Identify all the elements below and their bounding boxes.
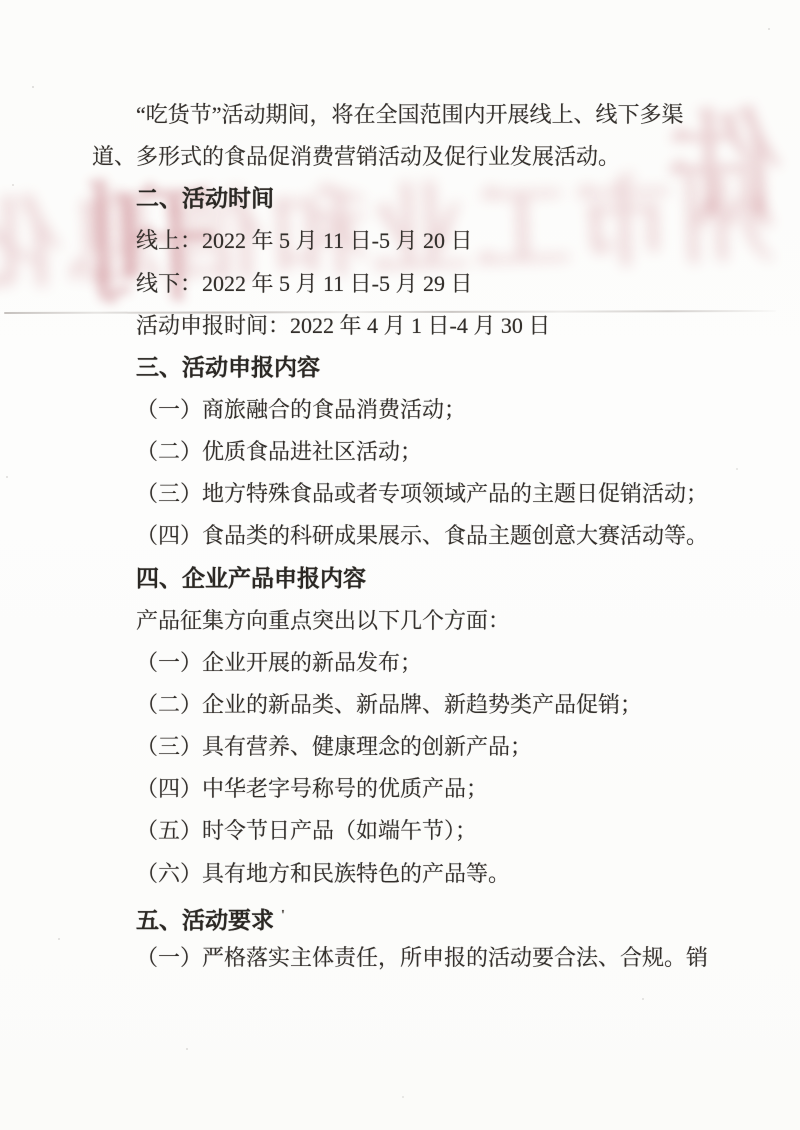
section3-item-4: （四）食品类的科研成果展示、食品主题创意大赛活动等。 — [92, 515, 772, 557]
section4-item-3: （三）具有营养、健康理念的创新产品； — [92, 726, 772, 768]
scanned-document-page: 州市工业和信息化 刊 件 “吃货节”活动期间，将在全国范围内开展线上、线下多渠 … — [0, 0, 800, 1130]
section3-item-2: （二）优质食品进社区活动； — [92, 431, 772, 473]
heading-section-3: 三、活动申报内容 — [92, 347, 772, 389]
section3-item-1: （一）商旅融合的食品消费活动； — [92, 389, 772, 431]
heading-section-5: 五、活动要求' — [92, 895, 772, 937]
section3-item-3: （三）地方特殊食品或者专项领域产品的主题日促销活动； — [92, 473, 772, 515]
intro-line-1: “吃货节”活动期间，将在全国范围内开展线上、线下多渠 — [92, 94, 772, 136]
intro-line-2: 道、多形式的食品促消费营销活动及促行业发展活动。 — [92, 136, 772, 178]
section4-item-1: （一）企业开展的新品发布； — [92, 642, 772, 684]
section4-item-5: （五）时令节日产品（如端午节）； — [92, 810, 772, 852]
section4-item-6: （六）具有地方和民族特色的产品等。 — [92, 853, 772, 895]
heading-section-5-text: 五、活动要求 — [136, 908, 274, 934]
section5-item-1-partial: （一）严格落实主体责任，所申报的活动要合法、合规。销 — [92, 937, 772, 979]
section4-item-4: （四）中华老字号称号的优质产品； — [92, 768, 772, 810]
application-period-line: 活动申报时间：2022 年 4 月 1 日-4 月 30 日 — [92, 305, 772, 347]
heading-section-2: 二、活动时间 — [92, 178, 772, 220]
document-body: “吃货节”活动期间，将在全国范围内开展线上、线下多渠 道、多形式的食品促消费营销… — [92, 94, 772, 979]
online-schedule-line: 线上：2022 年 5 月 11 日-5 月 20 日 — [92, 220, 772, 262]
offline-schedule-line: 线下：2022 年 5 月 11 日-5 月 29 日 — [92, 263, 772, 305]
section4-item-2: （二）企业的新品类、新品牌、新趋势类产品促销； — [92, 684, 772, 726]
section4-intro: 产品征集方向重点突出以下几个方面： — [92, 600, 772, 642]
stray-mark: ' — [281, 908, 285, 923]
heading-section-4: 四、企业产品申报内容 — [92, 558, 772, 600]
